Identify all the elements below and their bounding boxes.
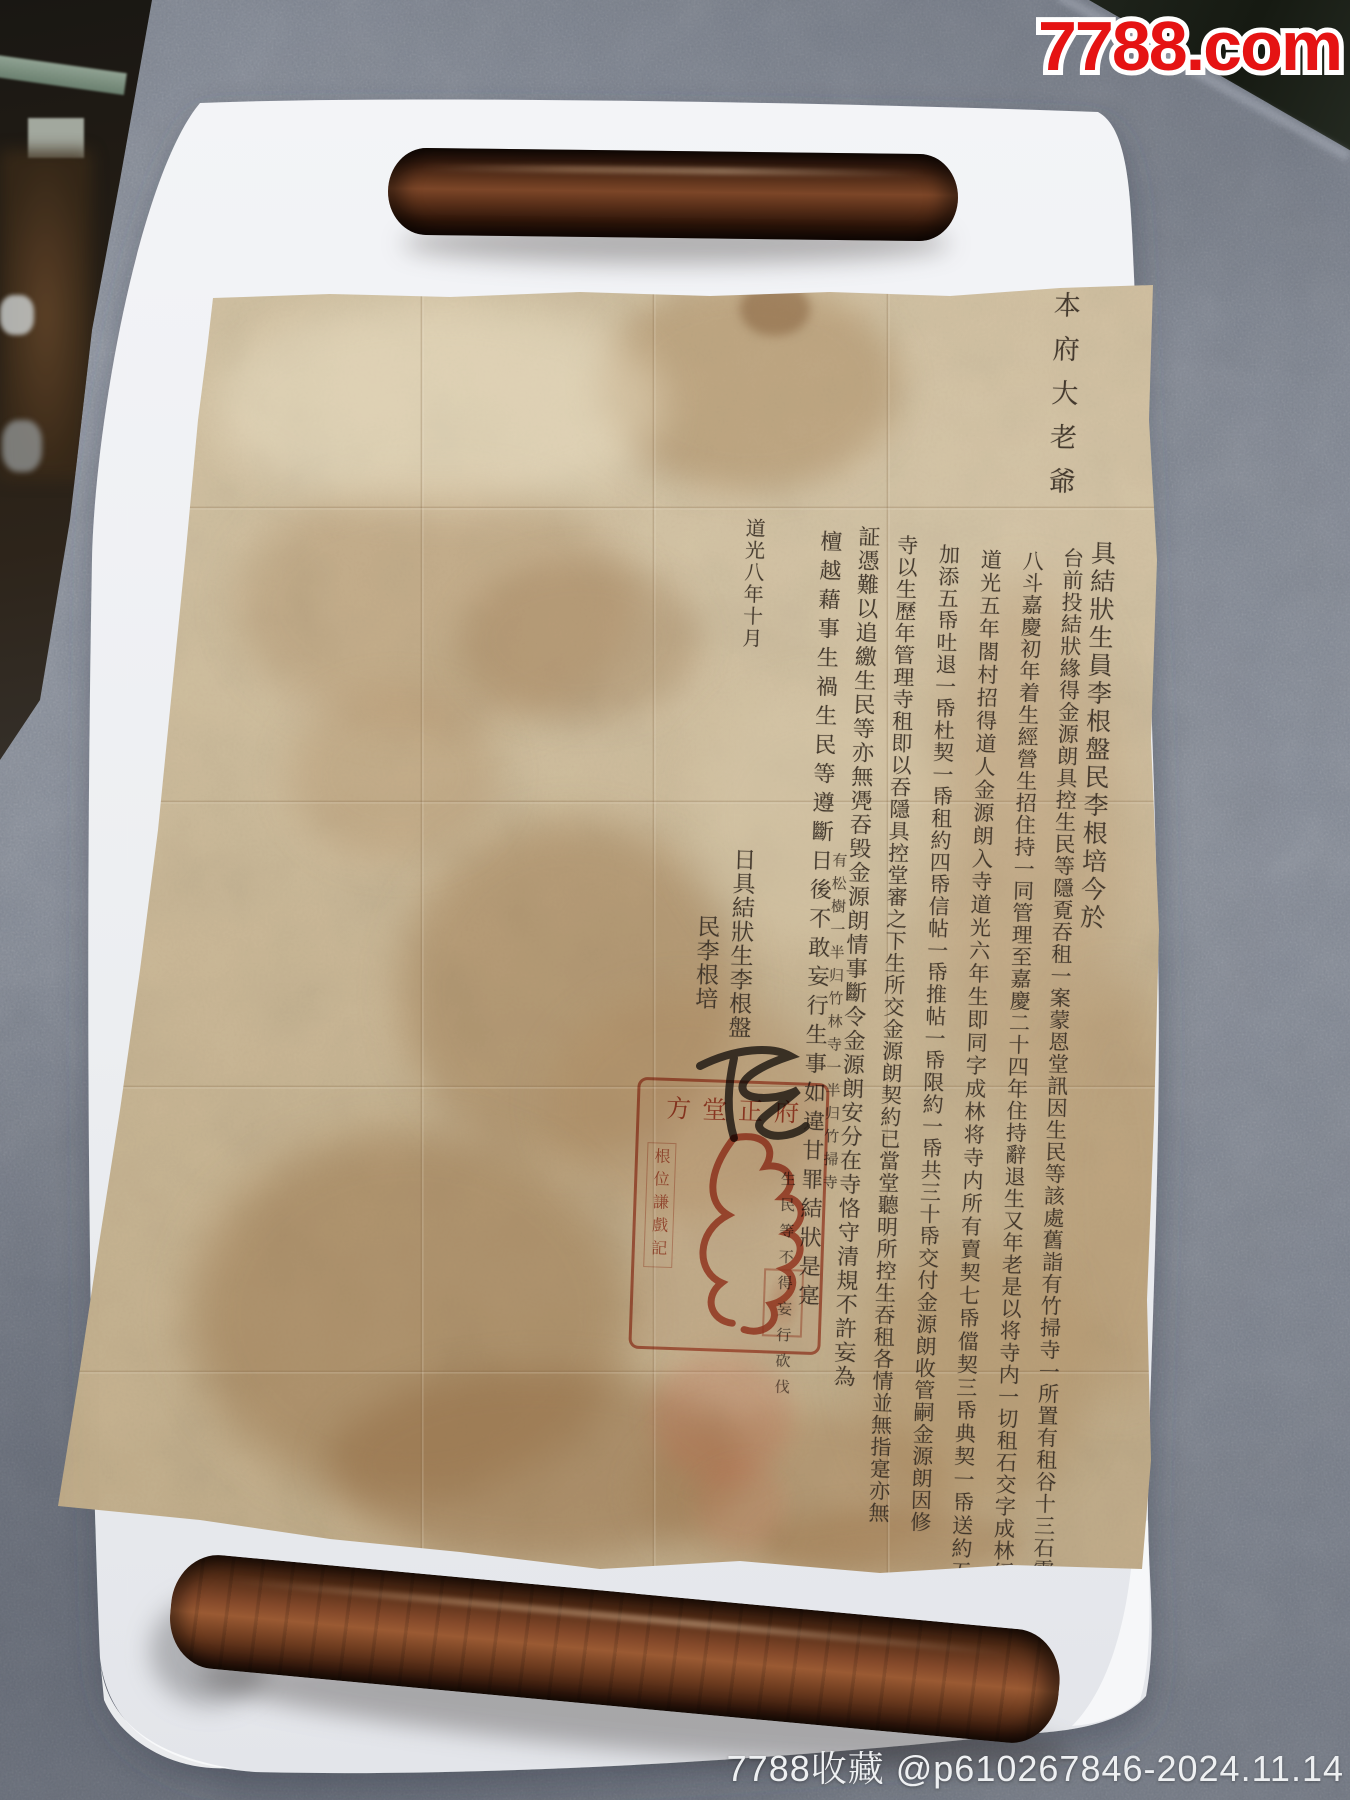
watermark-footer: 7788收藏 @p610267846-2024.11.14 (727, 1741, 1344, 1792)
watermark-brand: 7788.com 7788.com (1038, 6, 1341, 86)
seal-smudge-faint (696, 1462, 786, 1548)
seal-smudge (652, 1352, 792, 1482)
seal-inner-box (762, 1268, 804, 1337)
watermark-brand-fill: 7788.com (1038, 7, 1341, 85)
scroll-rod-top (387, 148, 958, 242)
photo-scene: 本府大老爺 具結狀生員李根盤民李根培今於 台前投結狀緣得金源朗具控生民等隱覔吞租… (0, 0, 1350, 1800)
official-seal: 方堂正府 根位謙戲記 (628, 1077, 829, 1356)
rod-highlight (422, 164, 924, 177)
